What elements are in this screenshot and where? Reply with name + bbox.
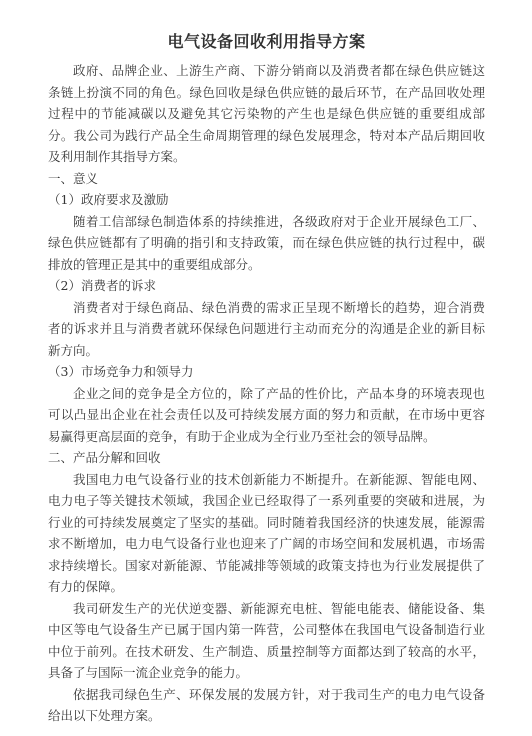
intro-paragraph: 政府、品牌企业、上游生产商、下游分销商以及消费者都在绿色供应链这条链上扮演不同的…: [48, 60, 485, 168]
subheading-consumer-demands: （2）消费者的诉求: [48, 275, 485, 297]
subheading-government-requirements: （1）政府要求及激励: [48, 189, 485, 211]
paragraph-market-competitiveness: 企业之间的竞争是全方位的，除了产品的性价比，产品本身的环境表现也可以凸显出企业在…: [48, 383, 485, 448]
document-page: 电气设备回收利用指导方案 政府、品牌企业、上游生产商、下游分销商以及消费者都在绿…: [0, 0, 532, 736]
paragraph-government-requirements: 随着工信部绿色制造体系的持续推进，各级政府对于企业开展绿色工厂、绿色供应链都有了…: [48, 211, 485, 276]
subheading-market-competitiveness: （3）市场竞争力和领导力: [48, 361, 485, 383]
section-heading-decomposition-recycling: 二、产品分解和回收: [48, 447, 485, 469]
document-title: 电气设备回收利用指导方案: [48, 30, 485, 54]
paragraph-handling-plan-intro: 依据我司绿色生产、环保发展的发展方针，对于我司生产的电力电气设备给出以下处理方案…: [48, 684, 485, 727]
paragraph-company-products: 我司研发生产的光伏逆变器、新能源充电桩、智能电能表、储能设备、集中区等电气设备生…: [48, 598, 485, 684]
paragraph-consumer-demands: 消费者对于绿色商品、绿色消费的需求正呈现不断增长的趋势，迎合消费者的诉求并且与消…: [48, 297, 485, 362]
section-heading-significance: 一、意义: [48, 168, 485, 190]
paragraph-industry-innovation: 我国电力电气设备行业的技术创新能力不断提升。在新能源、智能电网、电力电子等关键技…: [48, 469, 485, 598]
